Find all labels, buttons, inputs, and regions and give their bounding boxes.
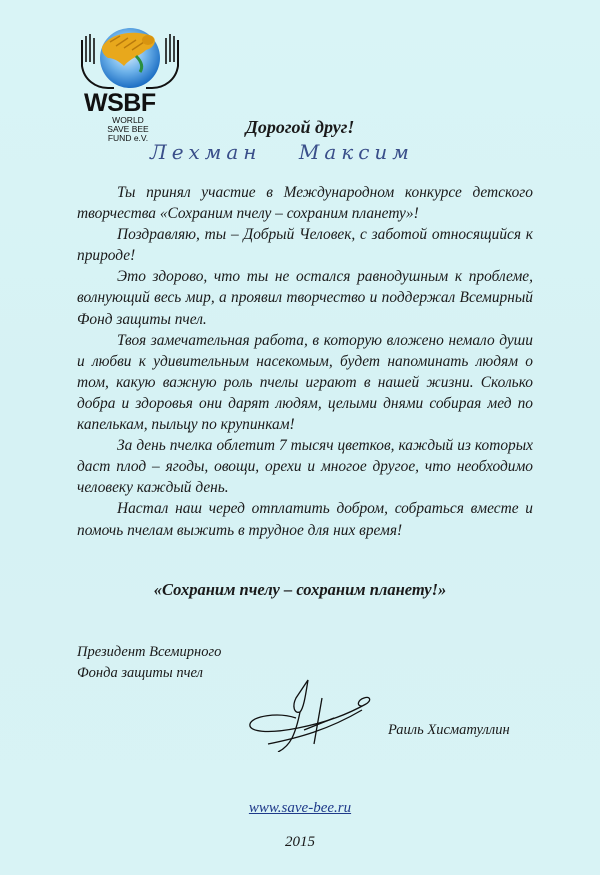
- greeting-heading: Дорогой друг!: [0, 117, 600, 138]
- logo-acronym: WSBF: [84, 89, 156, 118]
- handwritten-signature-icon: [238, 672, 378, 757]
- signer-title: Президент Всемирного Фонда защиты пчел: [77, 642, 221, 684]
- website-link[interactable]: www.save-bee.ru: [249, 800, 351, 816]
- globe-bee-hands-icon: [74, 22, 184, 97]
- signer-title-line-2: Фонда защиты пчел: [77, 663, 221, 684]
- letter-body: Ты принял участие в Международном конкур…: [77, 182, 533, 541]
- year: 2015: [0, 834, 600, 851]
- paragraph: Ты принял участие в Международном конкур…: [77, 182, 533, 224]
- certificate-page: WSBF WORLD SAVE BEE FUND e.V. Дорогой др…: [0, 0, 600, 875]
- motto: «Сохраним пчелу – сохраним планету!»: [0, 580, 600, 600]
- signer-title-line-1: Президент Всемирного: [77, 642, 221, 663]
- paragraph: Твоя замечательная работа, в которую вло…: [77, 330, 533, 435]
- paragraph: За день пчелка облетит 7 тысяч цветков, …: [77, 435, 533, 498]
- paragraph: Это здорово, что ты не остался равнодушн…: [77, 266, 533, 329]
- paragraph: Поздравляю, ты – Добрый Человек, с забот…: [77, 224, 533, 266]
- paragraph: Настал наш черед отплатить добром, собра…: [77, 498, 533, 540]
- signer-name: Раиль Хисматуллин: [388, 722, 510, 739]
- recipient-name-handwritten: Лехман Максим: [150, 140, 550, 164]
- website: www.save-bee.ru: [0, 800, 600, 817]
